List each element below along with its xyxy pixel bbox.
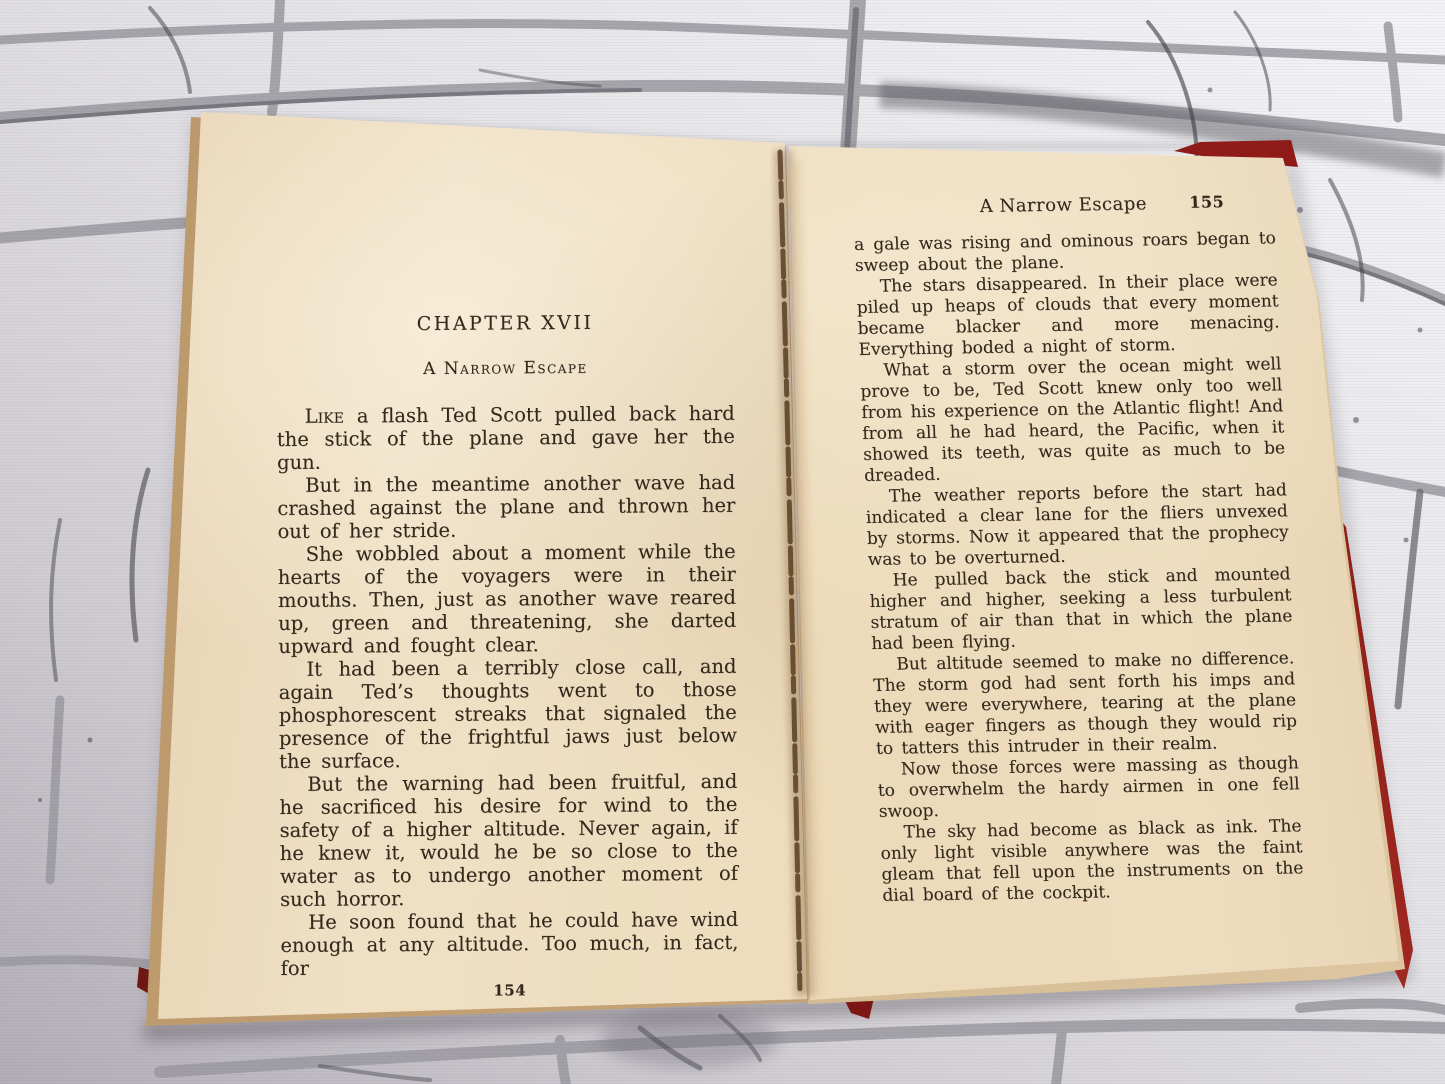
page-number-155: 155 [1189, 192, 1225, 212]
paragraph: Now those forces were massing as though … [877, 753, 1302, 823]
paragraph: But in the meantime another wave had cra… [277, 471, 735, 543]
right-page-body: a gale was rising and ominous roars bega… [854, 228, 1305, 907]
book-photograph: CHAPTER XVII A Narrow Escape Like a flas… [0, 0, 1445, 1084]
paragraph: He pulled back the stick and mounted hig… [868, 564, 1293, 655]
opening-rest: a flash Ted Scott pulled back hard the s… [277, 402, 735, 474]
chapter-heading: CHAPTER XVII [276, 311, 734, 336]
paragraph: The stars disappeared. In their place we… [855, 270, 1280, 361]
left-page-text: CHAPTER XVII A Narrow Escape Like a flas… [276, 311, 739, 1001]
paragraph: The sky had become as black as ink. The … [879, 816, 1304, 907]
running-header-row: A Narrow Escape 155 [852, 191, 1275, 224]
paragraph: a gale was rising and ominous roars bega… [854, 228, 1278, 277]
right-page-text: A Narrow Escape 155 a gale was rising an… [852, 191, 1305, 907]
section-heading: A Narrow Escape [276, 357, 734, 380]
paragraph: But the warning had been fruitful, and h… [279, 770, 738, 911]
paragraph: But altitude seemed to make no differenc… [872, 648, 1298, 760]
paragraph: Like a flash Ted Scott pulled back hard … [277, 402, 735, 474]
paragraph: It had been a terribly close call, and a… [278, 655, 737, 773]
paragraph: The weather reports before the start had… [865, 480, 1290, 571]
paragraph: What a storm over the ocean might well p… [859, 354, 1286, 487]
left-page-body: Like a flash Ted Scott pulled back hard … [277, 402, 739, 980]
opening-small-caps: Like [305, 405, 344, 428]
paragraph: She wobbled about a moment while the hea… [278, 540, 737, 658]
page-number-154: 154 [281, 980, 739, 1001]
paragraph: He soon found that he could have wind en… [280, 908, 738, 980]
